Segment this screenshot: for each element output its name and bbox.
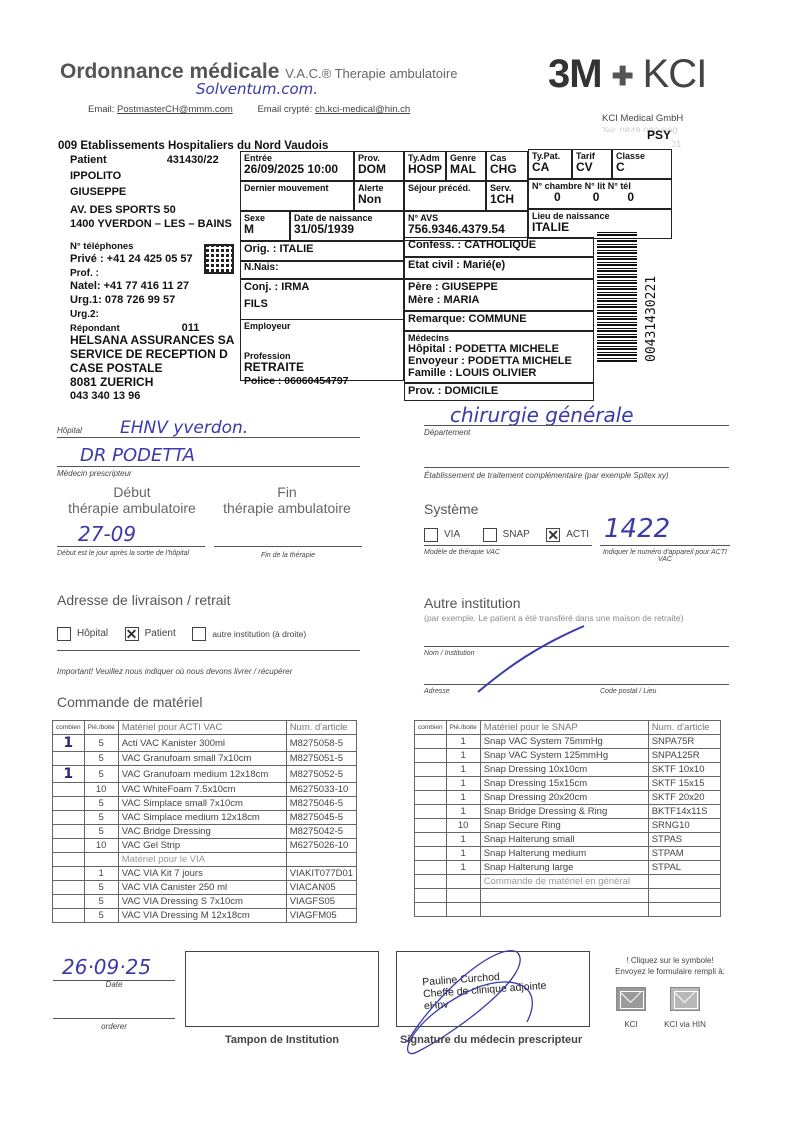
fin-title: Fin thérapie ambulatoire — [212, 484, 362, 516]
snap-label: SNAP — [503, 529, 530, 540]
naissance-value: 31/05/1939 — [294, 223, 400, 236]
article-cell: VIACAN05 — [286, 881, 356, 895]
qty-cell[interactable]: 1 — [53, 735, 85, 752]
debut-note: Début est le jour après la sortie de l'h… — [57, 550, 189, 557]
col-combien: combien — [415, 721, 447, 735]
email-label: Email: — [88, 104, 114, 115]
table-row: 1Snap Halterung mediumSTPAM — [415, 847, 721, 861]
article-cell: SRNG10 — [648, 819, 720, 833]
checkbox-acti[interactable] — [546, 528, 560, 542]
email-crypte-label: Email crypté: — [257, 104, 312, 115]
article-cell — [648, 875, 720, 889]
material-cell: Snap Bridge Dressing & Ring — [480, 805, 648, 819]
cell-typat: Ty.Pat.CA — [528, 149, 572, 179]
tarif-value: CV — [576, 161, 608, 174]
signature-label: Signature du médecin prescripteur — [400, 1034, 582, 1046]
cliquez-text: ! Cliquez sur le symbole! — [600, 955, 740, 966]
table-row — [415, 889, 721, 903]
table-row: 10VAC Gel StripM6275026-10 — [53, 839, 357, 853]
cell-confess: Confess. : CATHOLIQUE — [404, 237, 594, 257]
patient-id: 431430/22 — [167, 154, 219, 166]
pieces-cell: 5 — [84, 752, 118, 766]
phone-prof: Prof. : — [70, 267, 99, 280]
repondant-line2: SERVICE DE RECEPTION D — [70, 348, 228, 361]
code-postal-label: Code postal / Lieu — [600, 688, 656, 695]
qty-cell[interactable] — [53, 783, 85, 797]
material-cell: Snap Dressing 15x15cm — [480, 777, 648, 791]
patient-last-name: IPPOLITO — [70, 170, 121, 183]
pieces-cell: 5 — [84, 797, 118, 811]
pieces-cell — [446, 903, 480, 917]
mere-value: Mère : MARIA — [408, 294, 590, 307]
table-row: 15VAC Granufoam medium 12x18cmM8275052-5 — [53, 766, 357, 783]
checkbox-hopital[interactable] — [57, 627, 71, 641]
qty-cell[interactable] — [415, 861, 447, 875]
material-cell: Snap Dressing 20x20cm — [480, 791, 648, 805]
cell-prov: Prov.DOM — [354, 151, 404, 181]
medecin-hopital: Hôpital : PODETTA MICHELE — [408, 343, 590, 355]
qty-cell[interactable] — [415, 903, 447, 917]
mail-icon[interactable] — [616, 987, 646, 1011]
cell-sejour: Séjour précéd. — [404, 181, 486, 211]
pieces-cell: 10 — [84, 839, 118, 853]
material-cell: VAC VIA Kit 7 jours — [118, 867, 286, 881]
patient-address1: AV. DES SPORTS 50 — [70, 204, 176, 217]
conj-value: Conj. : IRMA — [244, 281, 400, 294]
qty-cell[interactable] — [415, 889, 447, 903]
etat-value: Etat civil : Marié(e) — [408, 259, 590, 272]
chambre-value: 0 — [554, 190, 561, 204]
device-number-label: Indiquer le numéro d'appareil pour ACTI … — [600, 549, 730, 563]
acti-label: ACTI — [566, 529, 589, 540]
tel-value: 0 — [627, 190, 634, 204]
material-cell: Snap Halterung small — [480, 833, 648, 847]
article-cell: STPAS — [648, 833, 720, 847]
article-cell: M8275058-5 — [286, 735, 356, 752]
qty-cell[interactable] — [53, 909, 85, 923]
fin-title-2: thérapie ambulatoire — [212, 500, 362, 516]
material-cell: VAC Gel Strip — [118, 839, 286, 853]
material-cell: Matériel pour le VIA — [118, 853, 286, 867]
qty-cell[interactable] — [415, 833, 447, 847]
tampon-box[interactable] — [185, 951, 379, 1027]
pieces-cell: 1 — [446, 763, 480, 777]
nnais-value: N.Nais: — [244, 263, 400, 273]
typat-value: CA — [532, 161, 568, 174]
phone-prive: Privé : +41 24 425 05 57 — [70, 253, 193, 266]
col-materiel: Matériel pour ACTI VAC — [118, 721, 286, 735]
qty-cell[interactable] — [53, 839, 85, 853]
pieces-cell: 1 — [446, 791, 480, 805]
subtitle: V.A.C.® Therapie ambulatoire — [285, 66, 457, 81]
strike-through-line — [470, 620, 590, 700]
systeme-title: Système — [424, 501, 478, 517]
article-cell — [286, 853, 356, 867]
send-hin-label: KCI via HIN — [660, 1020, 710, 1029]
cell-employeur: Employeur Profession RETRAITE — [240, 319, 404, 381]
article-cell: M8275046-5 — [286, 797, 356, 811]
entree-value: 26/09/2025 10:00 — [244, 163, 350, 176]
article-cell: STPAL — [648, 861, 720, 875]
material-cell: Acti VAC Kanister 300ml — [118, 735, 286, 752]
lit-value: 0 — [593, 190, 600, 204]
qty-cell[interactable] — [415, 805, 447, 819]
cell-tyadm: Ty.AdmHOSP — [404, 151, 446, 181]
material-cell: Snap VAC System 125mmHg — [480, 749, 648, 763]
material-cell: VAC VIA Canister 250 ml — [118, 881, 286, 895]
material-cell: VAC Simplace small 7x10cm — [118, 797, 286, 811]
article-cell: M8275045-5 — [286, 811, 356, 825]
cell-naissance: Date de naissance31/05/1939 — [290, 211, 404, 241]
pieces-cell — [446, 889, 480, 903]
phone-urg1: Urg.1: 078 726 99 57 — [70, 294, 175, 307]
qty-cell[interactable] — [415, 763, 447, 777]
article-cell — [648, 903, 720, 917]
table-row: 5VAC VIA Dressing M 12x18cmVIAGFM05 — [53, 909, 357, 923]
qty-cell[interactable]: 1 — [53, 766, 85, 783]
psy-label: PSY — [647, 128, 671, 142]
article-cell: SKTF 10x10 — [648, 763, 720, 777]
modele-label: Modèle de thérapie VAC — [424, 549, 500, 556]
material-cell: VAC Granufoam medium 12x18cm — [118, 766, 286, 783]
cell-tarif: TarifCV — [572, 149, 612, 179]
patient-address2: 1400 YVERDON – LES – BAINS — [70, 218, 232, 231]
article-cell: SKTF 15x15 — [648, 777, 720, 791]
email-crypte-link[interactable]: ch.kci-medical@hin.ch — [315, 104, 410, 115]
material-cell: VAC Granufoam small 7x10cm — [118, 752, 286, 766]
medecin-value[interactable]: DR PODETTA — [80, 445, 195, 466]
table-row: 1Snap Halterung largeSTPAL — [415, 861, 721, 875]
col-article: Num. d'article — [286, 721, 356, 735]
logo-3m: 3M — [548, 52, 602, 96]
qty-cell[interactable] — [53, 752, 85, 766]
orderer-label: orderer — [53, 1022, 175, 1031]
table-row: 5VAC VIA Dressing S 7x10cmVIAGFS05 — [53, 895, 357, 909]
pere-value: Père : GIUSEPPE — [408, 281, 590, 294]
pieces-cell: 5 — [84, 881, 118, 895]
table-row: 10VAC WhiteFoam 7.5x10cmM6275033-10 — [53, 783, 357, 797]
handwritten-email-note: Solventum.com. — [196, 80, 318, 98]
pieces-cell: 1 — [446, 833, 480, 847]
cell-entree: Entrée26/09/2025 10:00 — [240, 151, 354, 181]
dernier-mvt-label: Dernier mouvement — [244, 183, 350, 193]
article-cell: SNPA125R — [648, 749, 720, 763]
classe-value: C — [616, 161, 668, 174]
article-cell: M6275026-10 — [286, 839, 356, 853]
prov2-value: Prov. : DOMICILE — [408, 385, 590, 398]
date-value[interactable]: 26·09·25 — [62, 955, 151, 979]
qty-cell[interactable] — [415, 875, 447, 889]
table-row: 1Snap Dressing 15x15cmSKTF 15x15 — [415, 777, 721, 791]
signature-box[interactable]: Pauline Curchod Cheffe de clinique adjoi… — [396, 951, 590, 1027]
qty-cell[interactable] — [415, 791, 447, 805]
device-number-value[interactable]: 1422 — [604, 514, 670, 544]
table-row: 10Snap Secure RingSRNG10 — [415, 819, 721, 833]
employeur-label: Employeur — [244, 321, 400, 331]
debut-title: Début thérapie ambulatoire — [57, 484, 207, 516]
pieces-cell: 1 — [84, 867, 118, 881]
acti-vac-material-table: combien Pié./boite Matériel pour ACTI VA… — [52, 720, 357, 923]
debut-title-1: Début — [57, 484, 207, 500]
qty-cell[interactable] — [415, 819, 447, 833]
pieces-cell: 1 — [446, 777, 480, 791]
checkbox-snap[interactable] — [483, 528, 497, 542]
table-row: 1Snap Dressing 20x20cmSKTF 20x20 — [415, 791, 721, 805]
table-row: 1VAC VIA Kit 7 joursVIAKIT077D01 — [53, 867, 357, 881]
cas-value: CHG — [490, 163, 524, 176]
repondant-line1: HELSANA ASSURANCES SA — [70, 334, 234, 347]
qty-cell[interactable] — [53, 825, 85, 839]
signature-scribble — [377, 932, 577, 1072]
pieces-cell: 5 — [84, 735, 118, 752]
material-cell: VAC VIA Dressing S 7x10cm — [118, 895, 286, 909]
sejour-label: Séjour précéd. — [408, 183, 482, 193]
material-cell: VAC WhiteFoam 7.5x10cm — [118, 783, 286, 797]
material-cell: Commande de matériel en général — [480, 875, 648, 889]
phone-natel: Natel: +41 77 416 11 27 — [70, 280, 189, 293]
article-cell: STPAM — [648, 847, 720, 861]
pieces-cell: 5 — [84, 766, 118, 783]
cell-chambre: N° chambre N° lit N° tél 000 — [528, 179, 672, 209]
pieces-cell: 5 — [84, 909, 118, 923]
sexe-value: M — [244, 223, 286, 236]
patient-label: Patient431430/22 — [70, 154, 219, 167]
col-article: Num. d'article — [648, 721, 720, 735]
material-cell: VAC Simplace medium 12x18cm — [118, 811, 286, 825]
patient-first-name: GIUSEPPE — [70, 186, 126, 199]
pieces-cell: 10 — [446, 819, 480, 833]
cell-orig: Orig. : ITALIE — [240, 241, 404, 261]
cell-cas: CasCHG — [486, 151, 528, 181]
fin-note: Fin de la thérapie — [214, 552, 362, 559]
cell-alerte: AlerteNon — [354, 181, 404, 211]
cell-medecins: Médecins Hôpital : PODETTA MICHELE Envoy… — [404, 331, 594, 383]
phone-urg2: Urg.2: — [70, 308, 99, 321]
table-row: 1Snap VAC System 125mmHgSNPA125R — [415, 749, 721, 763]
qty-cell[interactable] — [415, 735, 447, 749]
qty-cell[interactable] — [53, 867, 85, 881]
cell-classe: ClasseC — [612, 149, 672, 179]
table-row: 1Snap VAC System 75mmHgSNPA75R — [415, 735, 721, 749]
pieces-cell: 1 — [446, 749, 480, 763]
repondant-line3: CASE POSTALE — [70, 362, 162, 375]
material-cell — [480, 903, 648, 917]
qty-cell[interactable] — [415, 749, 447, 763]
mail-hin-icon[interactable] — [670, 987, 700, 1011]
qty-cell[interactable] — [53, 881, 85, 895]
medecin-famille: Famille : LOUIS OLIVIER — [408, 367, 590, 379]
qty-cell[interactable] — [53, 811, 85, 825]
pieces-cell: 10 — [84, 783, 118, 797]
serv-value: 1CH — [490, 193, 524, 206]
medecin-envoyeur: Envoyeur : PODETTA MICHELE — [408, 355, 590, 367]
pieces-cell: 1 — [446, 847, 480, 861]
pieces-cell: 5 — [84, 895, 118, 909]
police-value: Police : 06060454797 — [244, 375, 349, 388]
remarque-value: Remarque: COMMUNE — [408, 313, 590, 326]
cell-genre: GenreMAL — [446, 151, 486, 181]
date-label: Date — [53, 980, 175, 989]
pieces-cell — [84, 853, 118, 867]
table-row: 1Snap Bridge Dressing & RingBKTF14x11S — [415, 805, 721, 819]
etablissement-label: Établissement de traitement complémentai… — [424, 471, 669, 480]
fils-value: FILS — [244, 298, 400, 311]
commande-title: Commande de matériel — [57, 694, 203, 710]
article-cell: M8275052-5 — [286, 766, 356, 783]
table-row: 5VAC Granufoam small 7x10cmM8275051-5 — [53, 752, 357, 766]
qty-cell[interactable] — [415, 777, 447, 791]
cell-etat: Etat civil : Marié(e) — [404, 257, 594, 279]
cell-dernier-mvt: Dernier mouvement — [240, 181, 354, 211]
tyadm-value: HOSP — [408, 163, 442, 176]
cell-sexe: SexeM — [240, 211, 290, 241]
col-materiel: Matériel pour le SNAP — [480, 721, 648, 735]
barcode-icon — [597, 232, 637, 362]
repondant-line5: 043 340 13 96 — [70, 390, 140, 403]
pieces-cell: 1 — [446, 805, 480, 819]
qty-cell[interactable] — [53, 853, 85, 867]
article-cell: M6275033-10 — [286, 783, 356, 797]
article-cell: VIAGFS05 — [286, 895, 356, 909]
livraison-options: Hôpital Patient autre institution (à dro… — [57, 625, 318, 643]
important-note: Important! Veuillez nous indiquer où nou… — [57, 667, 292, 676]
send-instructions: ! Cliquez sur le symbole! Envoyez le for… — [600, 955, 740, 977]
article-cell: VIAKIT077D01 — [286, 867, 356, 881]
pieces-cell — [446, 875, 480, 889]
qty-cell[interactable] — [415, 847, 447, 861]
checkbox-autre-institution[interactable] — [192, 627, 206, 641]
table-row: Matériel pour le VIA — [53, 853, 357, 867]
confess-value: Confess. : CATHOLIQUE — [408, 239, 590, 252]
table-row: 5VAC Simplace small 7x10cmM8275046-5 — [53, 797, 357, 811]
logo: 3M ✚ KCI — [548, 52, 706, 97]
material-cell: Snap Secure Ring — [480, 819, 648, 833]
livraison-title: Adresse de livraison / retrait — [57, 592, 231, 608]
pieces-cell: 1 — [446, 861, 480, 875]
qty-cell[interactable] — [53, 797, 85, 811]
table-row: 1Snap Halterung smallSTPAS — [415, 833, 721, 847]
envoyez-text: Envoyez le formulaire rempli à: — [600, 966, 740, 977]
cell-remarque: Remarque: COMMUNE — [404, 311, 594, 331]
col-pieces: Pié./boite — [446, 721, 480, 735]
article-cell: VIAGFM05 — [286, 909, 356, 923]
chambre-label: N° chambre N° lit N° tél — [532, 181, 668, 191]
hopital-label: Hôpital — [57, 426, 82, 435]
via-label: VIA — [444, 529, 460, 540]
orig-value: Orig. : ITALIE — [244, 243, 400, 256]
patient-label-text: Patient — [70, 154, 107, 166]
table-row: 5VAC Simplace medium 12x18cmM8275045-5 — [53, 811, 357, 825]
snap-material-table: combien Pié./boite Matériel pour le SNAP… — [414, 720, 721, 917]
material-cell: Snap Dressing 10x10cm — [480, 763, 648, 777]
table-row: Commande de matériel en général — [415, 875, 721, 889]
patient-sticker: 009 Etablissements Hospitaliers du Nord … — [52, 132, 672, 402]
debut-title-2: thérapie ambulatoire — [57, 500, 207, 516]
material-cell — [480, 889, 648, 903]
medecins-label: Médecins — [408, 333, 590, 343]
article-cell: SNPA75R — [648, 735, 720, 749]
phones-label: N° téléphones — [70, 240, 133, 253]
material-cell: VAC VIA Dressing M 12x18cm — [118, 909, 286, 923]
article-cell: M8275042-5 — [286, 825, 356, 839]
material-cell: Snap VAC System 75mmHg — [480, 735, 648, 749]
adresse-label: Adresse — [424, 688, 450, 695]
table-row: 5VAC VIA Canister 250 mlVIACAN05 — [53, 881, 357, 895]
nom-institution-label: Nom / Institution — [424, 650, 475, 657]
debut-value[interactable]: 27-09 — [78, 522, 136, 546]
cell-conj: Conj. : IRMA FILS — [240, 279, 404, 319]
departement-label: Département — [424, 428, 470, 437]
repondant-line4: 8081 ZUERICH — [70, 376, 153, 389]
hopital-value[interactable]: EHNV yverdon. — [120, 418, 248, 438]
cell-parents: Père : GIUSEPPE Mère : MARIA — [404, 279, 594, 311]
email-row: Email: PostmasterCH@mmm.com Email crypté… — [88, 104, 432, 115]
article-cell: SKTF 20x20 — [648, 791, 720, 805]
table-row: 1Snap Dressing 10x10cmSKTF 10x10 — [415, 763, 721, 777]
table-row — [415, 903, 721, 917]
material-cell: Snap Halterung medium — [480, 847, 648, 861]
fin-title-1: Fin — [212, 484, 362, 500]
col-pieces: Pié./boite — [84, 721, 118, 735]
cell-serv: Serv.1CH — [486, 181, 528, 211]
qr-code-icon — [204, 244, 234, 274]
email-link[interactable]: PostmasterCH@mmm.com — [117, 104, 233, 115]
cell-prov2: Prov. : DOMICILE — [404, 383, 594, 401]
cell-nnais: N.Nais: — [240, 261, 404, 279]
pieces-cell: 5 — [84, 811, 118, 825]
departement-value[interactable]: chirurgie générale — [450, 403, 634, 427]
material-cell: VAC Bridge Dressing — [118, 825, 286, 839]
barcode-number: 00431430221 — [644, 232, 659, 362]
article-cell: M8275051-5 — [286, 752, 356, 766]
logo-kci: KCI — [643, 52, 707, 96]
prov-value: DOM — [358, 163, 400, 176]
autre-option-label: autre institution (à droite) — [212, 629, 306, 639]
article-cell — [648, 889, 720, 903]
company-name: KCI Medical GmbH — [602, 112, 683, 125]
table-row: 5VAC Bridge DressingM8275042-5 — [53, 825, 357, 839]
profession-value: RETRAITE — [244, 361, 400, 374]
tampon-label: Tampon de Institution — [185, 1034, 379, 1046]
avs-value: 756.9346.4379.54 — [408, 223, 524, 236]
checkbox-patient[interactable] — [125, 627, 139, 641]
send-kci-label: KCI — [606, 1020, 656, 1029]
systeme-options: VIA SNAP ACTI — [424, 526, 601, 544]
medecin-label: Médecin prescripteur — [57, 469, 132, 478]
patient-option-label: Patient — [145, 628, 176, 639]
pieces-cell: 5 — [84, 825, 118, 839]
genre-value: MAL — [450, 163, 482, 176]
checkbox-via[interactable] — [424, 528, 438, 542]
plus-icon: ✚ — [612, 61, 633, 91]
pieces-cell: 1 — [446, 735, 480, 749]
hopital-option-label: Hôpital — [77, 628, 108, 639]
article-cell: BKTF14x11S — [648, 805, 720, 819]
table-row: 15Acti VAC Kanister 300mlM8275058-5 — [53, 735, 357, 752]
alerte-value: Non — [358, 193, 400, 206]
qty-cell[interactable] — [53, 895, 85, 909]
material-cell: Snap Halterung large — [480, 861, 648, 875]
col-combien: combien — [53, 721, 85, 735]
autre-title: Autre institution — [424, 595, 521, 611]
